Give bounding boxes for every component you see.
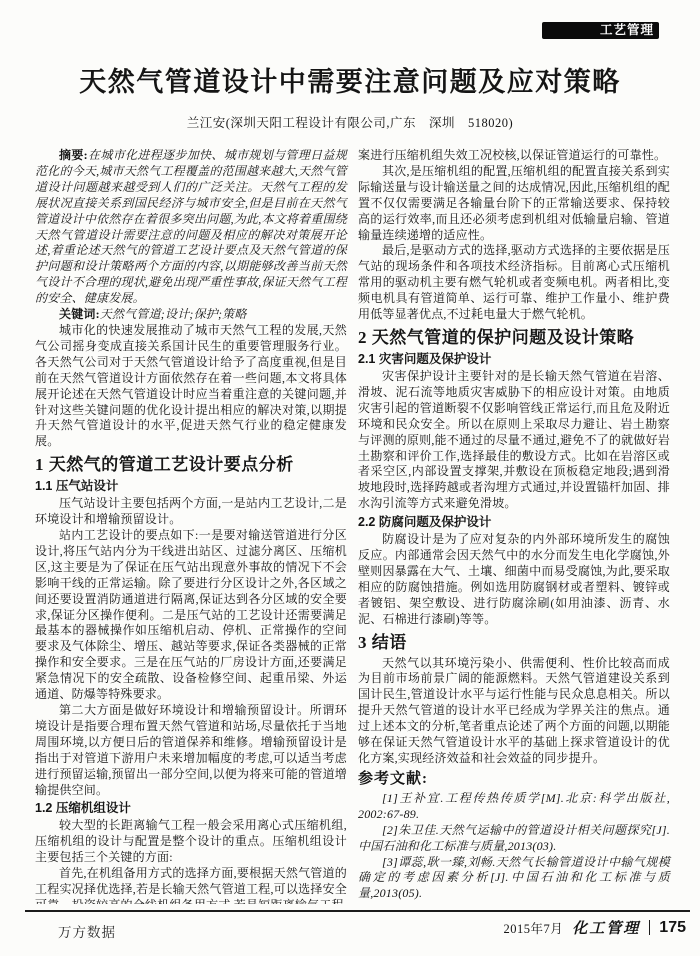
- body-paragraph: 首先,在机组备用方式的选择方面,要根据天然气管道的工程实况择优选择,若是长输天然…: [35, 866, 347, 904]
- section-2-1-heading: 2.1 灾害问题及保护设计: [358, 351, 670, 367]
- intro-paragraph: 城市化的快速发展推动了城市天然气工程的发展,天然气公司摇身变成直接关系国计民生的…: [35, 323, 347, 450]
- abstract-paragraph: 摘要:在城市化进程逐步加快、城市规划与管理日益规范化的今天,城市天然气工程覆盖的…: [35, 148, 347, 307]
- body-paragraph: 其次,是压缩机组的配置,压缩机组的配置直接关系到实际输送量与设计输送量之间的达成…: [358, 164, 670, 244]
- section-1-2-heading: 1.2 压缩机组设计: [35, 800, 347, 816]
- reference-item: [3]谭蕊,耿一臻,刘畅.天然气长输管道设计中输气规模确定的考虑因素分析[J].…: [358, 855, 670, 903]
- footer-issue-date: 2015年7月: [504, 919, 564, 937]
- section-2-heading: 2 天然气管道的保护问题及设计策略: [358, 327, 670, 348]
- body-paragraph: 最后,是驱动方式的选择,驱动方式选择的主要依据是压气站的现场条件和各项技术经济指…: [358, 243, 670, 323]
- section-3-heading: 3 结语: [358, 632, 670, 653]
- body-paragraph-continued: 案进行压缩机组失效工况校核,以保证管道运行的可靠性。: [358, 148, 670, 164]
- footer-journal-info: 2015年7月 化工管理 175: [504, 917, 686, 938]
- body-paragraph: 站内工艺设计的要点如下:一是要对输送管道进行分区设计,将压气站内分为干线进出站区…: [35, 528, 347, 703]
- reference-item: [1]王补宜.工程传热传质学[M].北京:科学出版社, 2002:67-89.: [358, 791, 670, 823]
- keywords-text: 天然气管道;设计;保护;策略: [100, 307, 247, 321]
- reference-item: [2]朱卫佳.天然气运输中的管道设计相关问题探究[J].中国石油和化工标准与质量…: [358, 823, 670, 855]
- body-paragraph: 天然气以其环境污染小、供需便利、性价比较高而成为目前市场前景广阔的能源燃料。天然…: [358, 656, 670, 767]
- footer-divider: [25, 910, 690, 912]
- abstract-text: 在城市化进程逐步加快、城市规划与管理日益规范化的今天,城市天然气工程覆盖的范围越…: [35, 148, 347, 305]
- section-1-heading: 1 天然气的管道工艺设计要点分析: [35, 454, 347, 475]
- body-paragraph: 较大型的长距离输气工程一般会采用离心式压缩机组,压缩机组的设计与配置是整个设计的…: [35, 818, 347, 866]
- abstract-label: 摘要:: [59, 148, 88, 162]
- keywords-label: 关键词:: [59, 307, 100, 321]
- section-1-1-heading: 1.1 压气站设计: [35, 478, 347, 494]
- right-column: 案进行压缩机组失效工况校核,以保证管道运行的可靠性。 其次,是压缩机组的配置,压…: [358, 148, 670, 904]
- author-affiliation-line: 兰江安(深圳天阳工程设计有限公司,广东 深圳 518020): [0, 113, 700, 131]
- section-badge-label: 工艺管理: [600, 24, 654, 37]
- left-column: 摘要:在城市化进程逐步加快、城市规划与管理日益规范化的今天,城市天然气工程覆盖的…: [35, 148, 347, 904]
- body-paragraph: 灾害保护设计主要针对的是长输天然气管道在岩溶、滑坡、泥石流等地质灾害威胁下的相应…: [358, 369, 670, 512]
- body-paragraph: 第二大方面是做好环境设计和增输预留设计。所谓环境设计是指要合理布置天然气管道和站…: [35, 703, 347, 798]
- footer-separator: [649, 920, 650, 935]
- section-badge: 工艺管理: [542, 22, 659, 39]
- body-paragraph: 压气站设计主要包括两个方面,一是站内工艺设计,二是环境设计和增输预留设计。: [35, 496, 347, 528]
- paper-page: 工艺管理 天然气管道设计中需要注意问题及应对策略 兰江安(深圳天阳工程设计有限公…: [0, 0, 700, 956]
- wanfang-watermark: 万方数据: [58, 921, 116, 941]
- references-heading: 参考文献:: [358, 770, 670, 789]
- footer-page-number: 175: [659, 919, 686, 937]
- body-paragraph: 防腐设计是为了应对复杂的内外部环境所发生的腐蚀反应。内部通常会因天然气中的水分而…: [358, 532, 670, 627]
- article-body: 摘要:在城市化进程逐步加快、城市规划与管理日益规范化的今天,城市天然气工程覆盖的…: [0, 148, 700, 904]
- footer-journal-name: 化工管理: [572, 917, 640, 938]
- section-2-2-heading: 2.2 防腐问题及保护设计: [358, 514, 670, 530]
- keywords-line: 关键词:天然气管道;设计;保护;策略: [35, 307, 347, 323]
- paper-title: 天然气管道设计中需要注意问题及应对策略: [0, 0, 700, 98]
